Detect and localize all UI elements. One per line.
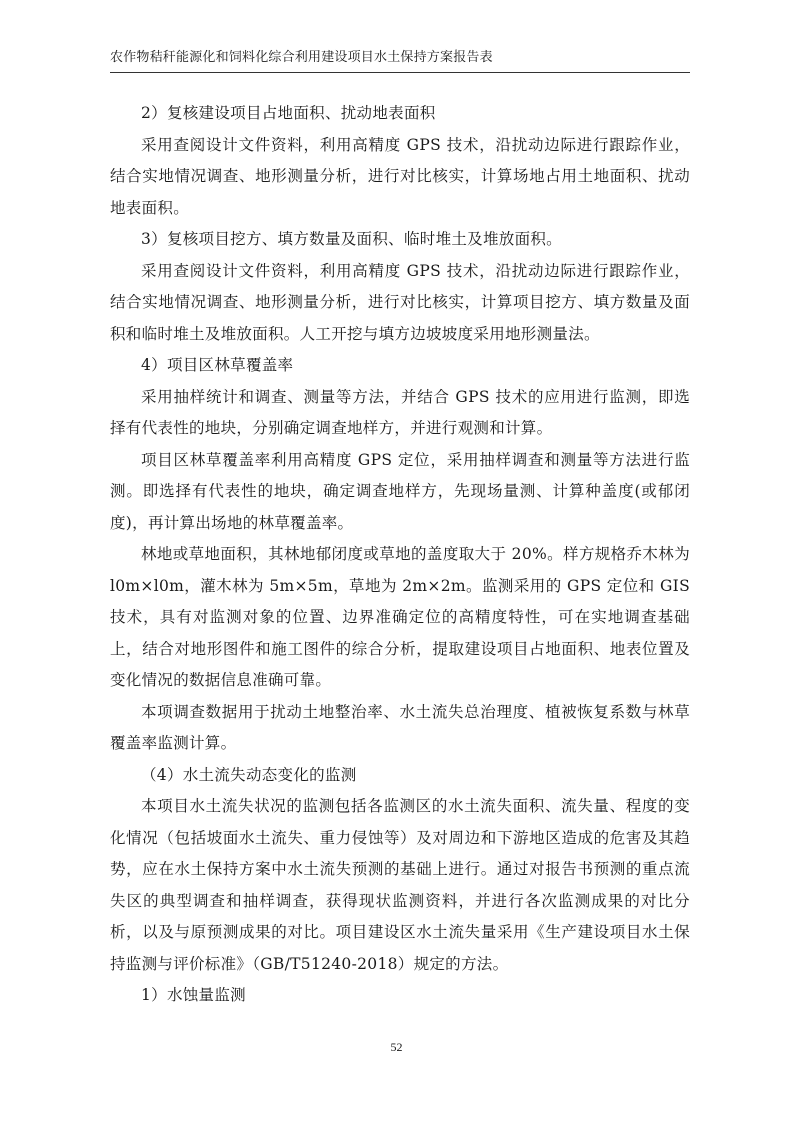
paragraph: 项目区林草覆盖率利用高精度 GPS 定位，采用抽样调查和测量等方法进行监测。即选… xyxy=(110,445,690,540)
paragraph: 本项目水土流失状况的监测包括各监测区的水土流失面积、流失量、程度的变化情况（包括… xyxy=(110,791,690,980)
paragraph: 本项调查数据用于扰动土地整治率、水土流失总治理度、植被恢复系数与林草覆盖率监测计… xyxy=(110,697,690,760)
paragraph: 林地或草地面积，其林地郁闭度或草地的盖度取大于 20%。样方规格乔木林为 l0m… xyxy=(110,539,690,697)
section-heading-2: 2）复核建设项目占地面积、扰动地表面积 xyxy=(110,98,690,130)
paragraph: 采用抽样统计和调查、测量等方法，并结合 GPS 技术的应用进行监测，即选择有代表… xyxy=(110,382,690,445)
section-heading-water-erosion: 1）水蚀量监测 xyxy=(110,980,690,1012)
page-number: 52 xyxy=(0,1040,793,1055)
section-heading-3: 3）复核项目挖方、填方数量及面积、临时堆土及堆放面积。 xyxy=(110,224,690,256)
paragraph: 采用查阅设计文件资料，利用高精度 GPS 技术，沿扰动边际进行跟踪作业，结合实地… xyxy=(110,130,690,225)
section-heading-4: 4）项目区林草覆盖率 xyxy=(110,350,690,382)
document-body: 2）复核建设项目占地面积、扰动地表面积 采用查阅设计文件资料，利用高精度 GPS… xyxy=(110,98,690,1012)
section-heading-dynamic-monitoring: （4）水土流失动态变化的监测 xyxy=(110,760,690,792)
running-header: 农作物秸秆能源化和饲料化综合利用建设项目水土保持方案报告表 xyxy=(110,48,690,73)
paragraph: 采用查阅设计文件资料，利用高精度 GPS 技术，沿扰动边际进行跟踪作业，结合实地… xyxy=(110,256,690,351)
